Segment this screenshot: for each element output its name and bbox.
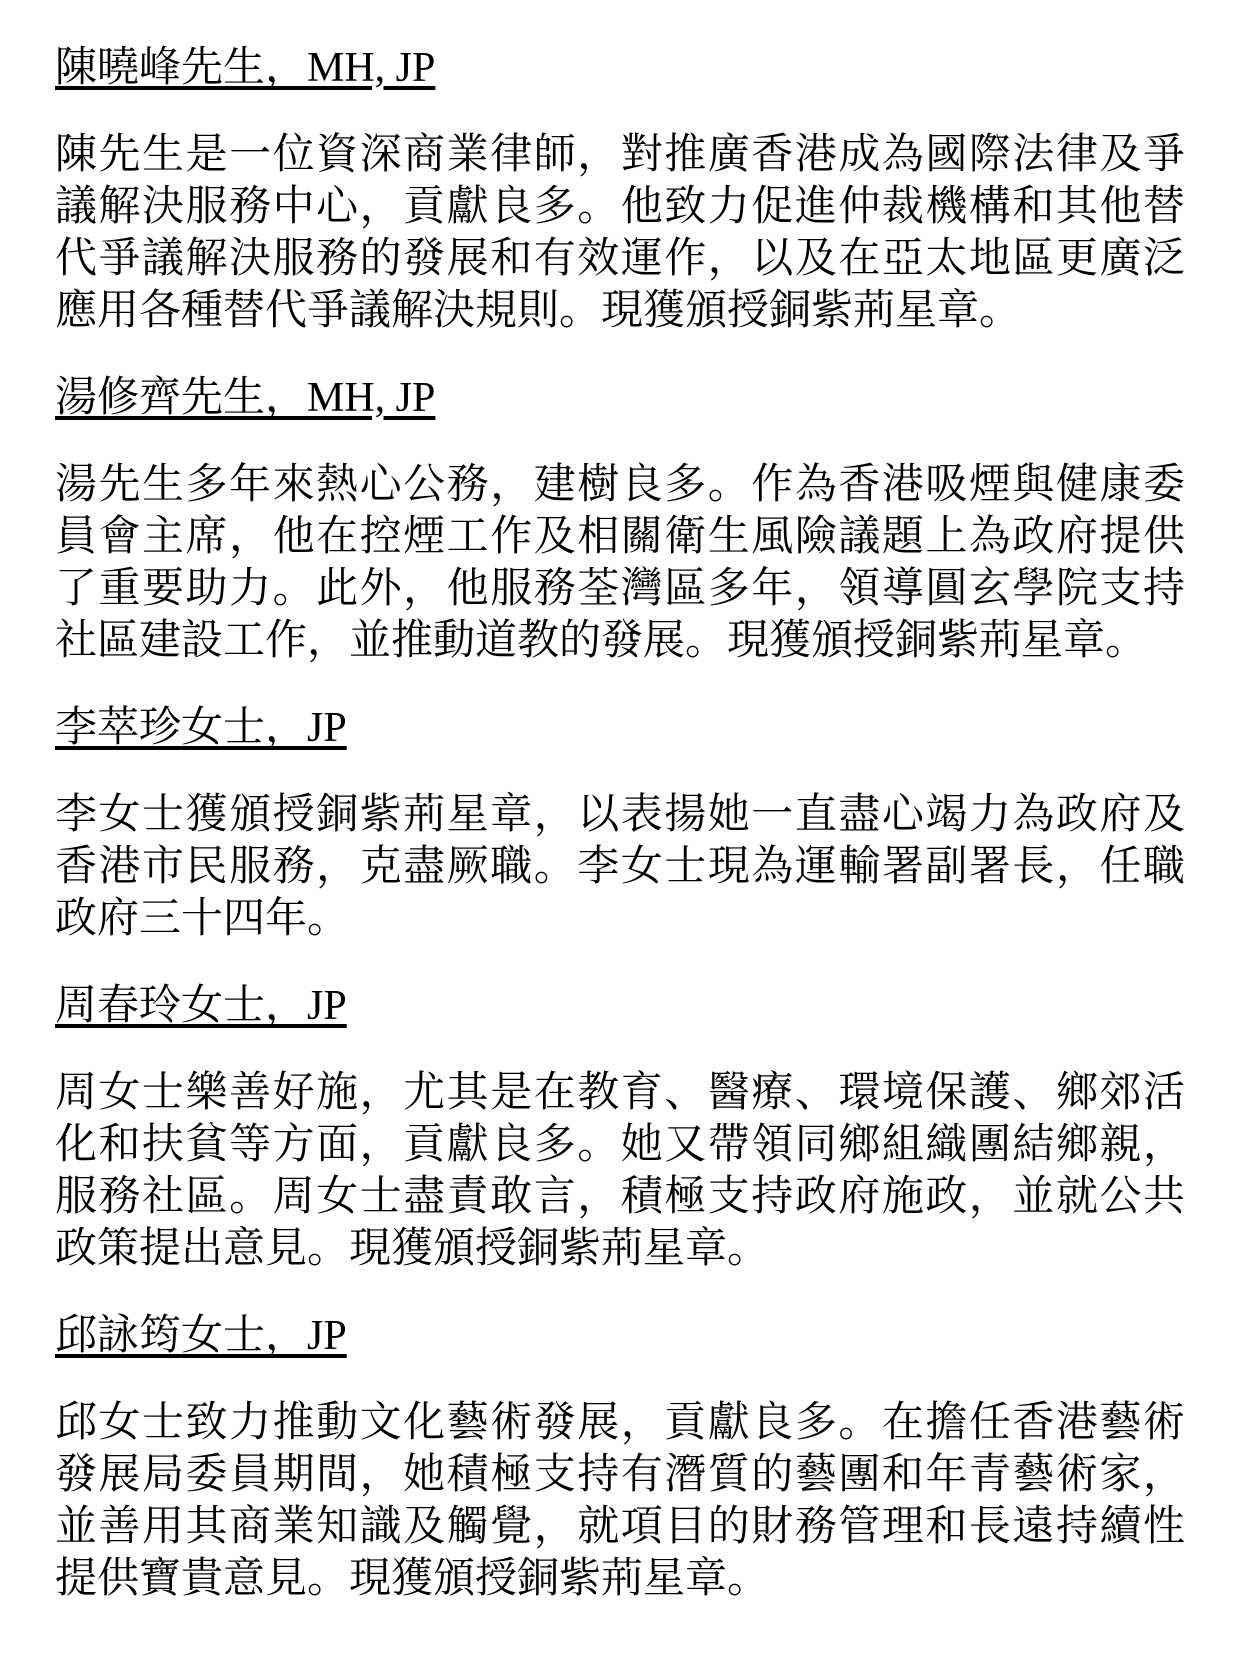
honoree-name-heading: 李萃珍女士，JP <box>55 702 1185 754</box>
honoree-name-heading: 陳曉峰先生，MH, JP <box>55 42 1185 94</box>
honoree-entry: 湯修齊先生，MH, JP 湯先生多年來熱心公務，建樹良多。作為香港吸煙與健康委員… <box>55 372 1185 667</box>
honoree-entry: 周春玲女士，JP 周女士樂善好施，尤其是在教育、醫療、環境保護、鄉郊活化和扶貧等… <box>55 980 1185 1275</box>
document-page: 陳曉峰先生，MH, JP 陳先生是一位資深商業律師，對推廣香港成為國際法律及爭議… <box>0 0 1253 1665</box>
honoree-name-heading: 湯修齊先生，MH, JP <box>55 372 1185 424</box>
honoree-citation: 李女士獲頒授銅紫荊星章，以表揚她一直盡心竭力為政府及香港市民服務，克盡厥職。李女… <box>55 789 1185 945</box>
honoree-entry: 邱詠筠女士，JP 邱女士致力推動文化藝術發展，貢獻良多。在擔任香港藝術發展局委員… <box>55 1310 1185 1605</box>
honoree-name-heading: 邱詠筠女士，JP <box>55 1310 1185 1362</box>
honoree-entry: 李萃珍女士，JP 李女士獲頒授銅紫荊星章，以表揚她一直盡心竭力為政府及香港市民服… <box>55 702 1185 945</box>
honoree-citation: 周女士樂善好施，尤其是在教育、醫療、環境保護、鄉郊活化和扶貧等方面，貢獻良多。她… <box>55 1067 1185 1275</box>
honoree-citation: 邱女士致力推動文化藝術發展，貢獻良多。在擔任香港藝術發展局委員期間，她積極支持有… <box>55 1397 1185 1605</box>
honoree-citation: 陳先生是一位資深商業律師，對推廣香港成為國際法律及爭議解決服務中心，貢獻良多。他… <box>55 129 1185 337</box>
honoree-citation: 湯先生多年來熱心公務，建樹良多。作為香港吸煙與健康委員會主席，他在控煙工作及相關… <box>55 459 1185 667</box>
honoree-name-heading: 周春玲女士，JP <box>55 980 1185 1032</box>
honoree-entry: 陳曉峰先生，MH, JP 陳先生是一位資深商業律師，對推廣香港成為國際法律及爭議… <box>55 42 1185 337</box>
